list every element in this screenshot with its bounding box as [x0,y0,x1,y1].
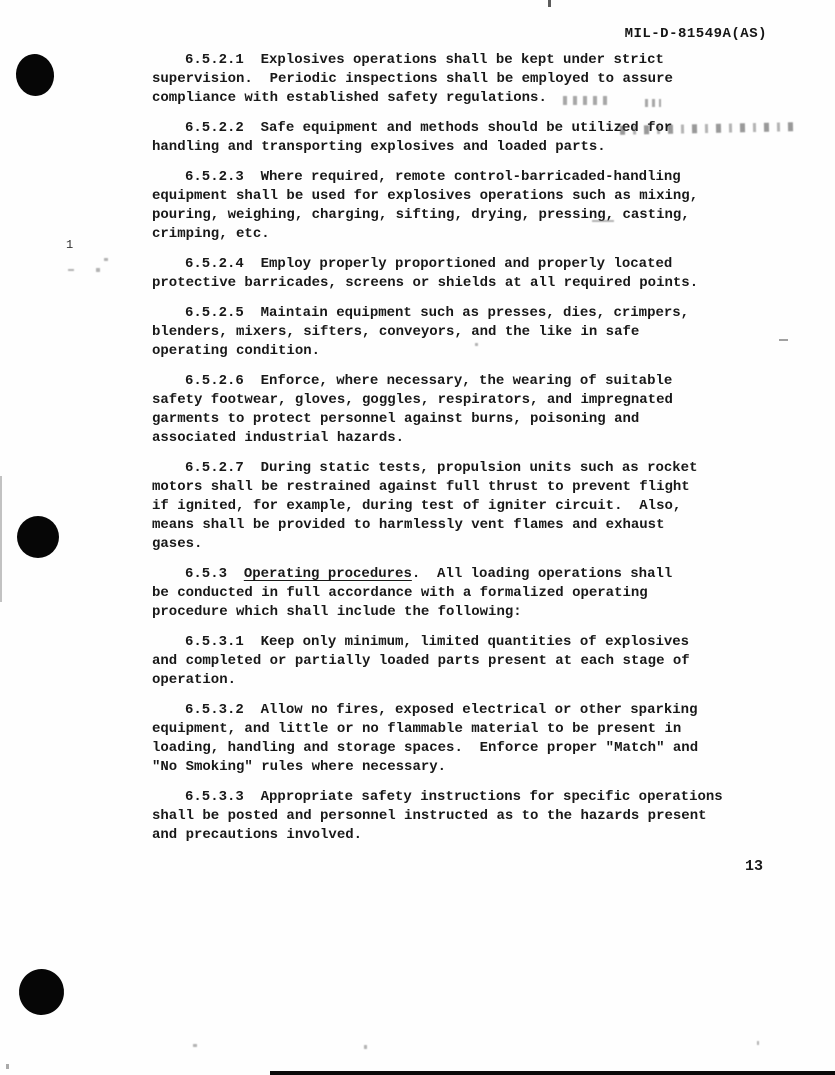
paragraph-6.5.3.1: 6.5.3.1 Keep only minimum, limited quant… [152,633,752,690]
paragraph-6.5.2.5: 6.5.2.5 Maintain equipment such as press… [152,304,752,361]
scan-artifact-edge-line [0,476,2,602]
paragraph-6.5.2.6: 6.5.2.6 Enforce, where necessary, the we… [152,372,752,448]
scan-artifact-smudge [563,96,609,105]
hole-punch-middle [17,516,59,558]
document-page: MIL-D-81549A(AS) 1 6.5.2.1 Explosives op… [0,0,835,1075]
underlined-heading: Operating procedures [244,566,412,582]
scan-artifact-smudge [645,99,661,107]
scan-artifact-speck [475,343,478,346]
paragraph-6.5.3: 6.5.3 Operating procedures. All loading … [152,565,752,622]
document-id: MIL-D-81549A(AS) [625,26,767,42]
paragraph-6.5.3.3: 6.5.3.3 Appropriate safety instructions … [152,788,752,845]
scan-artifact-speck [96,268,100,272]
paragraph-6.5.2.3: 6.5.2.3 Where required, remote control-b… [152,168,752,244]
scan-artifact-dash [779,339,788,341]
scan-artifact-top-tick [548,0,551,7]
scan-artifact-speck [104,258,108,261]
hole-punch-top [13,52,56,99]
paragraph-6.5.2.1: 6.5.2.1 Explosives operations shall be k… [152,51,752,108]
scan-artifact-mark [592,220,614,222]
scan-artifact-speck [193,1044,197,1047]
scan-artifact-bottom-bar [270,1071,835,1075]
paragraph-6.5.3.2: 6.5.3.2 Allow no fires, exposed electric… [152,701,752,777]
scan-artifact-dash [68,269,74,271]
scan-artifact-speck [757,1041,759,1045]
hole-punch-bottom [17,967,66,1017]
margin-note: 1 [66,238,73,252]
page-number: 13 [745,858,763,875]
scan-artifact-speck [364,1045,367,1049]
paragraph-6.5.2.4: 6.5.2.4 Employ properly proportioned and… [152,255,752,293]
scan-artifact-speck [6,1064,9,1069]
document-body: 6.5.2.1 Explosives operations shall be k… [152,51,752,856]
paragraph-6.5.2.7: 6.5.2.7 During static tests, propulsion … [152,459,752,554]
